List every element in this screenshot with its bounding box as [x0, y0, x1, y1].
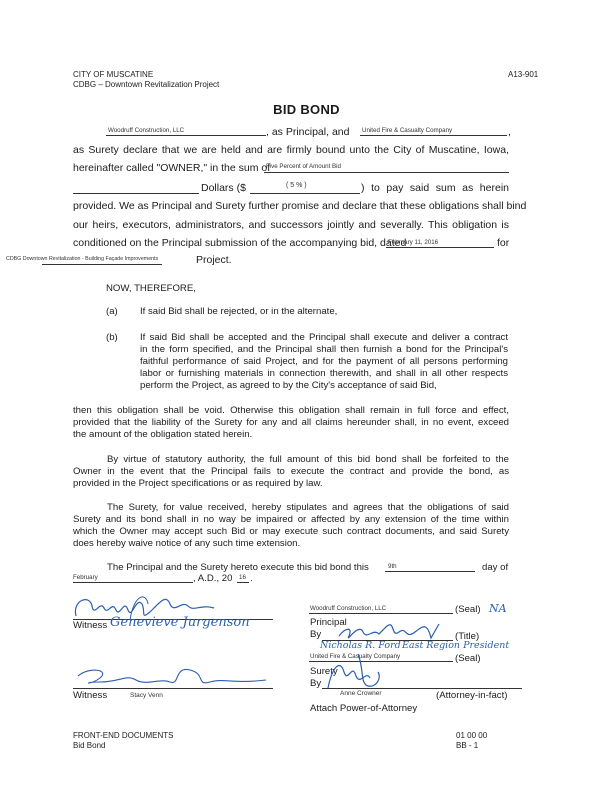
paragraph-line: provided that the liability of the Suret…	[73, 417, 509, 428]
principal-company-underline	[309, 613, 453, 614]
paragraph-line: By virtue of statutory authority, the fu…	[107, 454, 509, 465]
project-suffix-text: Project.	[196, 254, 232, 266]
execution-day-underline	[385, 571, 475, 572]
condition-b-label: (b)	[106, 332, 118, 343]
conditioned-text: conditioned on the Principal submission …	[73, 237, 406, 249]
sum-words-underline	[264, 172, 509, 173]
principal-seal-note: NA	[489, 602, 507, 615]
sum-numeric-field[interactable]: ( 5 % )	[286, 182, 307, 189]
paragraph-line: Owner in the event that the Principal fa…	[73, 466, 509, 477]
surety-name-field[interactable]: United Fire & Casualty Company	[362, 127, 452, 134]
condition-a-label: (a)	[106, 306, 118, 317]
condition-a-text: If said Bid shall be rejected, or in the…	[140, 306, 337, 317]
sum-words-field[interactable]: Five Percent of Amount Bid	[266, 163, 341, 170]
principal-signer-title: East Region President	[402, 640, 509, 651]
for-text: for	[497, 237, 509, 249]
condition-b-line: faithful performance of said Project, an…	[140, 356, 508, 367]
principal-by-label: By	[310, 629, 321, 640]
footer-doc: Bid Bond	[73, 741, 105, 751]
execution-month-field[interactable]: February	[73, 574, 98, 581]
principal-name-field[interactable]: Woodruff Construction, LLC	[108, 127, 184, 134]
condition-b-line: If said Bid shall be accepted and the Pr…	[140, 332, 508, 343]
execution-year-field[interactable]: 16	[239, 574, 246, 581]
as-principal-text: , as Principal, and	[266, 126, 349, 138]
header-city: CITY OF MUSCATINE	[73, 70, 153, 80]
condition-b-line: in the form specified, and the Principal…	[140, 344, 508, 355]
comma-text: ,	[508, 126, 511, 138]
paragraph-line: provided in the Project specifications o…	[73, 478, 323, 489]
paragraph-line: then this obligation shall be void. Othe…	[73, 405, 509, 416]
execution-year-underline	[237, 582, 249, 583]
witness2-printed-name: Stacy Venn	[130, 692, 163, 699]
header-project: CDBG – Downtown Revitalization Project	[73, 80, 219, 90]
surety-role-label: (Attorney-in-fact)	[436, 690, 507, 701]
header-doc-number: A13-901	[508, 70, 538, 80]
now-therefore-heading: NOW, THEREFORE,	[106, 283, 196, 294]
condition-b-line: labor or furnishing materials in connect…	[140, 368, 508, 379]
paragraph-line: Surety and its bond shall in no way be i…	[73, 514, 509, 525]
ad-text: , A.D., 20	[193, 573, 232, 584]
surety-signer-name: Anne Crowner	[340, 690, 382, 697]
sum-prefix-text: hereinafter called "OWNER," in the sum o…	[73, 162, 270, 174]
surety-seal-label: (Seal)	[455, 653, 481, 664]
day-of-text: day of	[482, 562, 508, 573]
principal-company-field[interactable]: Woodruff Construction, LLC	[310, 605, 386, 612]
witness2-label: Witness	[73, 690, 107, 701]
paragraph-line: The Surety, for value received, hereby s…	[107, 502, 509, 513]
principal-seal-label: (Seal)	[455, 604, 481, 615]
execution-text: The Principal and the Surety hereto exec…	[107, 562, 369, 573]
surety-name-underline	[360, 135, 507, 136]
execution-day-field[interactable]: 9th	[388, 563, 397, 570]
page-title: BID BOND	[0, 102, 613, 117]
provided-text: provided. We as Principal and Surety fur…	[73, 200, 509, 212]
execution-month-underline	[73, 582, 193, 583]
witness1-label: Witness	[73, 620, 107, 631]
footer-code: 01 00 00	[456, 731, 487, 741]
bound-text: as Surety declare that we are held and a…	[73, 144, 509, 156]
paragraph-line: does hereby waive notice of any such tim…	[73, 538, 300, 549]
paragraph-line: which the Owner may accept such Bid or m…	[73, 526, 509, 537]
project-name-field[interactable]: CDBG Downtown Revitalization - Building …	[6, 256, 158, 262]
heirs-text: our heirs, executors, administrators, an…	[73, 219, 509, 231]
condition-b-line: perform the Project, as agreed to by the…	[140, 380, 437, 391]
witness2-signature-line	[73, 688, 273, 689]
sum-numeric-underline	[250, 193, 360, 194]
paragraph-line: the amount of the obligation stated here…	[73, 429, 252, 440]
surety-signature-line	[322, 688, 522, 689]
bid-date-field[interactable]: February 11, 2016	[388, 239, 438, 246]
power-of-attorney-note: Attach Power-of-Attorney	[310, 703, 417, 714]
witness1-handwritten-name: Genevieve Jurgenson	[110, 615, 250, 630]
project-name-underline	[42, 264, 162, 265]
amount-underline	[73, 193, 199, 194]
principal-name-underline	[106, 135, 266, 136]
dollars-label: Dollars ($	[201, 182, 246, 194]
pay-text: ) to pay said sum as herein	[361, 182, 509, 194]
period-text: .	[250, 573, 253, 584]
bid-date-underline	[386, 247, 494, 248]
footer-page: BB - 1	[456, 741, 478, 751]
footer-section: FRONT-END DOCUMENTS	[73, 731, 173, 741]
